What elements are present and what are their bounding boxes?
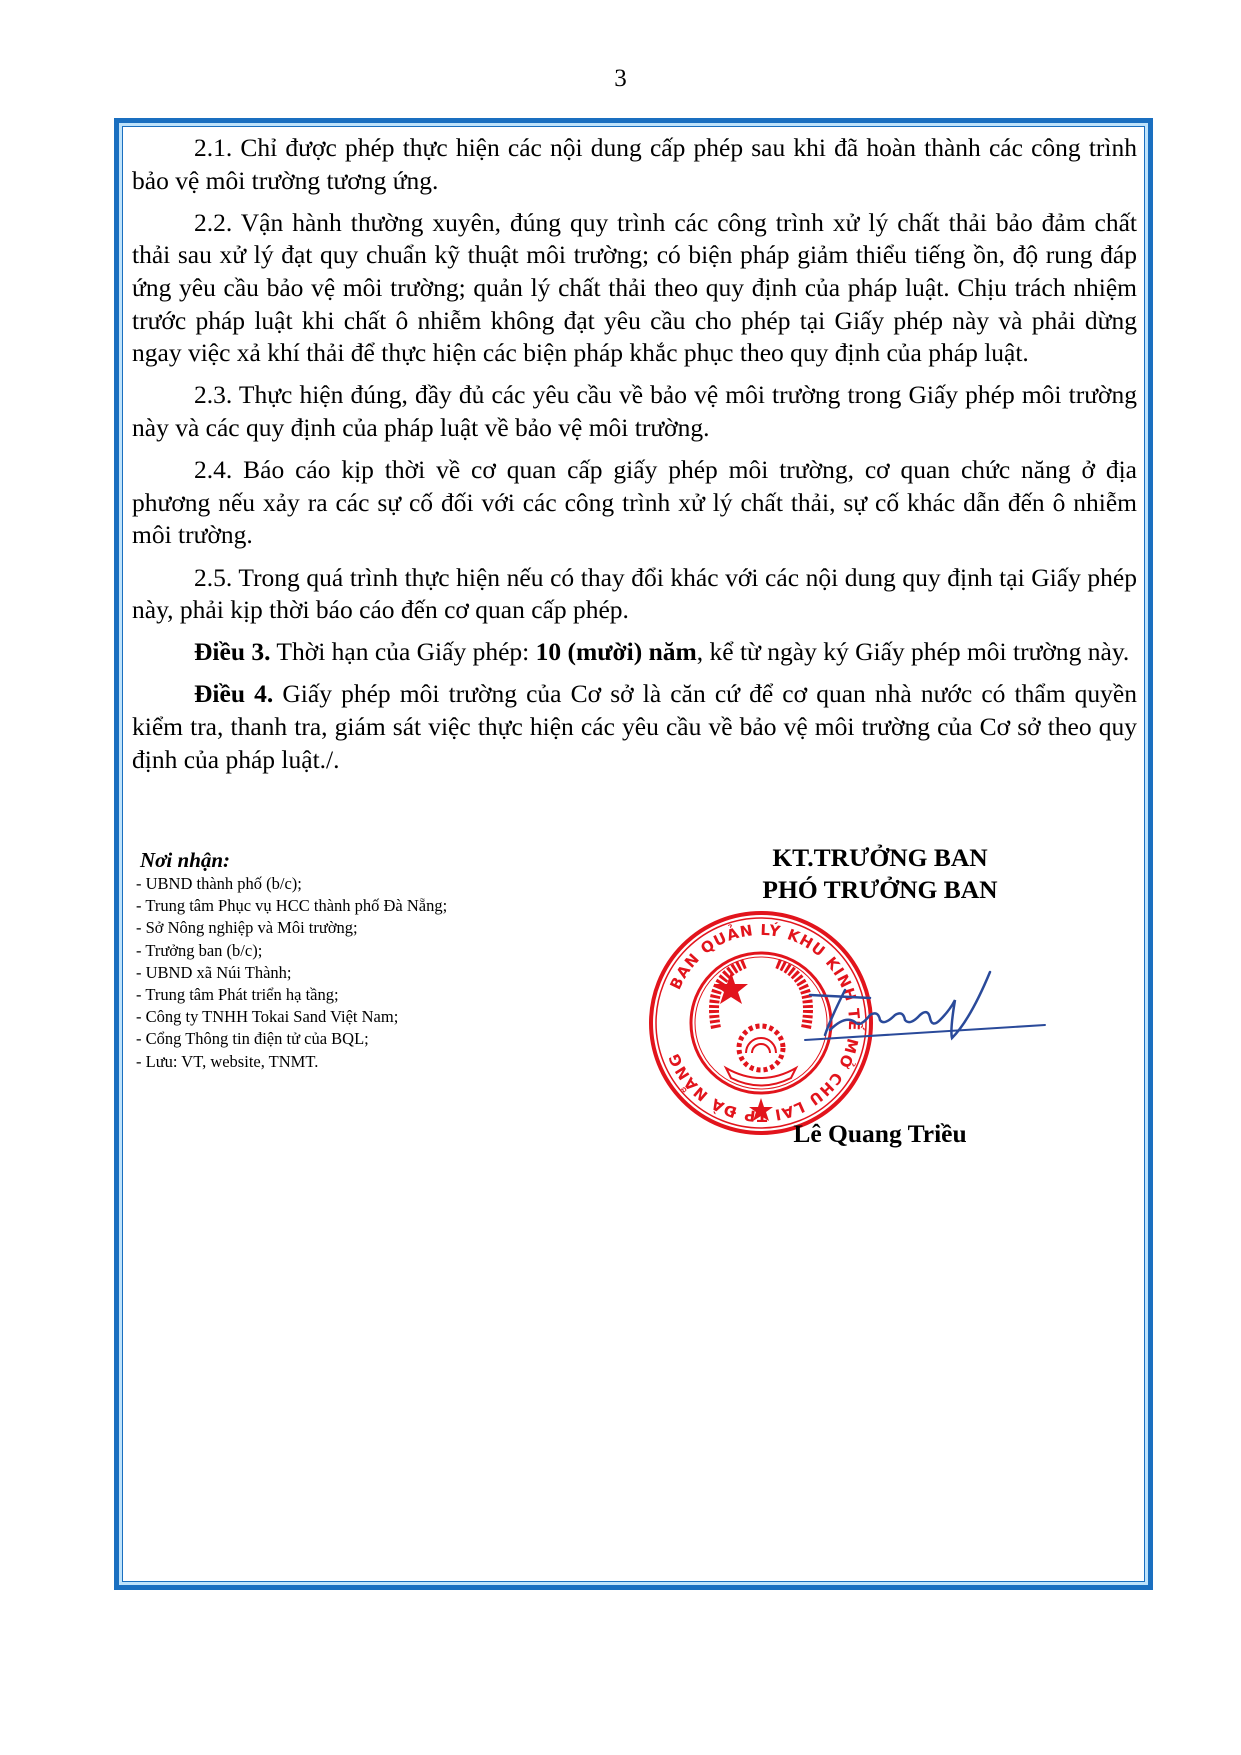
recipient-item: - UBND thành phố (b/c); — [136, 873, 606, 895]
document-body: 2.1. Chỉ được phép thực hiện các nội dun… — [132, 132, 1137, 786]
article-3-text-end: , kể từ ngày ký Giấy phép môi trường này… — [697, 637, 1130, 666]
clause-2-2: 2.2. Vận hành thường xuyên, đúng quy trì… — [132, 207, 1137, 370]
clause-2-4: 2.4. Báo cáo kịp thời về cơ quan cấp giấ… — [132, 454, 1137, 552]
recipient-item: - Công ty TNHH Tokai Sand Việt Nam; — [136, 1006, 606, 1028]
article-4-label: Điều 4. — [194, 679, 273, 708]
recipient-item: - Lưu: VT, website, TNMT. — [136, 1051, 606, 1073]
article-4-text: Giấy phép môi trường của Cơ sở là căn cứ… — [132, 679, 1137, 773]
article-3-text: Thời hạn của Giấy phép: — [271, 637, 536, 666]
signer-name: Lê Quang Triều — [700, 1118, 1060, 1150]
signature-title-line2: PHÓ TRƯỞNG BAN — [700, 874, 1060, 906]
recipient-item: - Trung tâm Phục vụ HCC thành phố Đà Nẵn… — [136, 895, 606, 917]
recipient-item: - Trưởng ban (b/c); — [136, 940, 606, 962]
clause-2-1: 2.1. Chỉ được phép thực hiện các nội dun… — [132, 132, 1137, 197]
clause-2-3: 2.3. Thực hiện đúng, đầy đủ các yêu cầu … — [132, 379, 1137, 444]
recipient-item: - UBND xã Núi Thành; — [136, 962, 606, 984]
article-3-duration: 10 (mười) năm — [536, 637, 697, 666]
recipients-list: - UBND thành phố (b/c); - Trung tâm Phục… — [136, 873, 606, 1073]
signature-title-line1: KT.TRƯỞNG BAN — [700, 842, 1060, 874]
recipient-item: - Sở Nông nghiệp và Môi trường; — [136, 917, 606, 939]
recipients-title: Nơi nhận: — [140, 848, 606, 873]
recipient-item: - Trung tâm Phát triển hạ tầng; — [136, 984, 606, 1006]
page-number: 3 — [0, 64, 1241, 94]
recipients-block: Nơi nhận: - UBND thành phố (b/c); - Trun… — [136, 848, 606, 1073]
handwritten-signature-icon — [800, 960, 1060, 1070]
clause-2-5: 2.5. Trong quá trình thực hiện nếu có th… — [132, 562, 1137, 627]
article-3-label: Điều 3. — [194, 637, 271, 666]
signature-title-block: KT.TRƯỞNG BAN PHÓ TRƯỞNG BAN — [700, 842, 1060, 906]
article-4: Điều 4. Giấy phép môi trường của Cơ sở l… — [132, 678, 1137, 776]
recipient-item: - Cổng Thông tin điện tử của BQL; — [136, 1028, 606, 1050]
article-3: Điều 3. Thời hạn của Giấy phép: 10 (mười… — [132, 636, 1137, 669]
